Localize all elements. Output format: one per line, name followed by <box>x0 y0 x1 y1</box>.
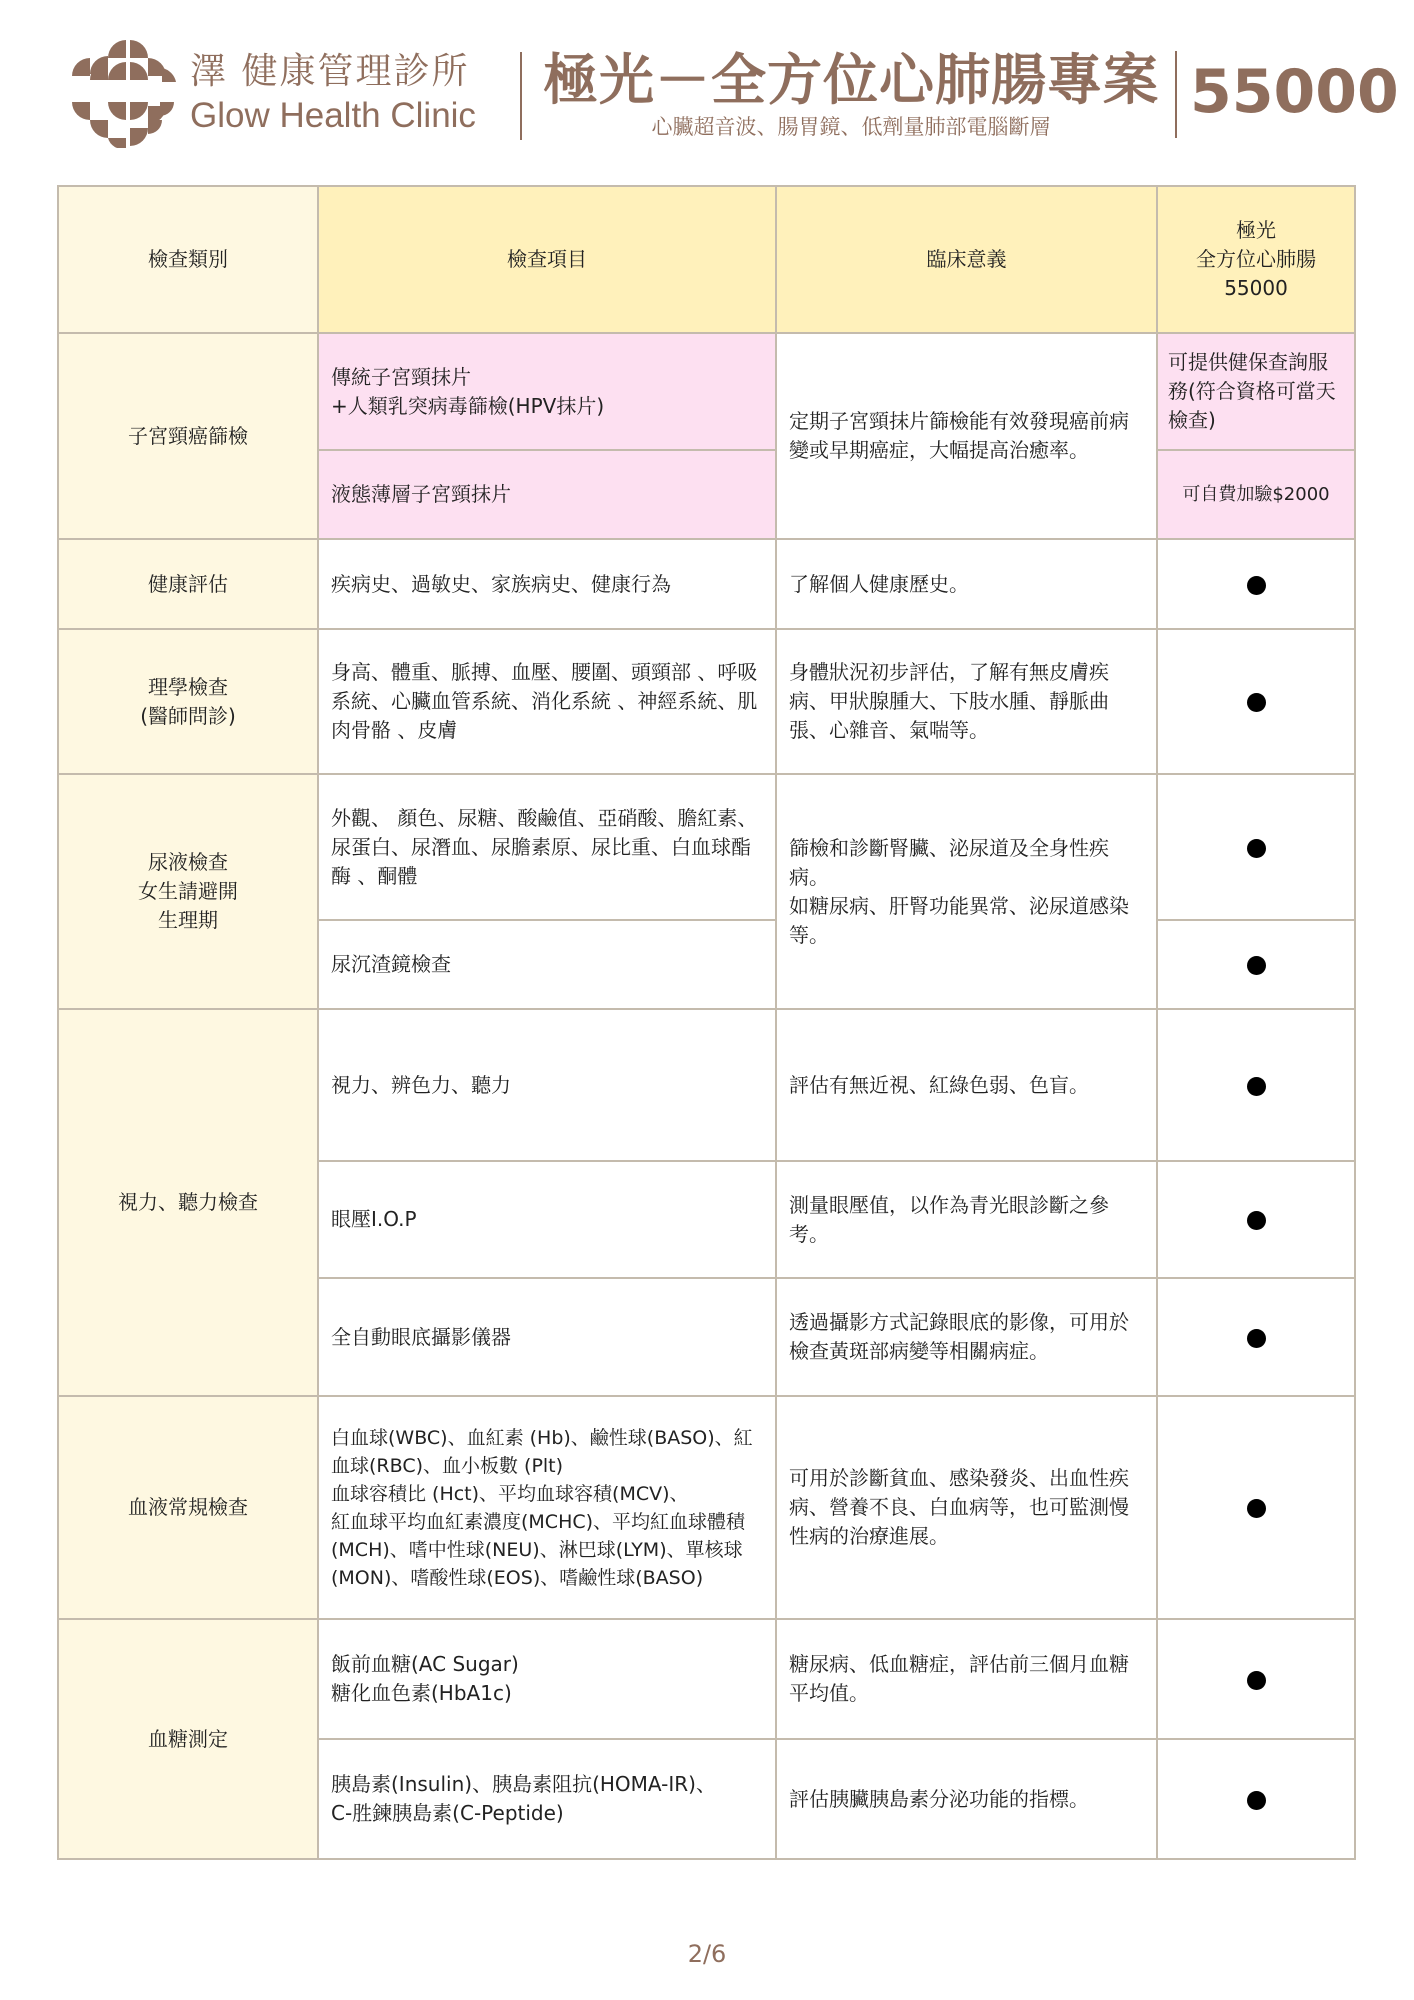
column-header-category: 檢查類別 <box>58 186 318 333</box>
item-cell: 視力、辨色力、聽力 <box>318 1009 776 1161</box>
plan-included-cell <box>1157 774 1355 920</box>
plan-included-cell <box>1157 1619 1355 1739</box>
category-cell: 血液常規檢查 <box>58 1396 318 1619</box>
category-cell: 視力、聽力檢查 <box>58 1009 318 1396</box>
exam-table: 檢查類別 檢查項目 臨床意義 極光 全方位心肺腸 55000 子宮頸癌篩檢 傳統… <box>57 185 1356 1860</box>
plan-included-cell <box>1157 539 1355 629</box>
meaning-cell: 可用於診斷貧血、感染發炎、出血性疾病、營養不良、白血病等，也可監測慢性病的治療進… <box>776 1396 1157 1619</box>
meaning-cell: 測量眼壓值，以作為青光眼診斷之參考。 <box>776 1161 1157 1278</box>
item-cell: 疾病史、過敏史、家族病史、健康行為 <box>318 539 776 629</box>
included-dot-icon <box>1247 1499 1266 1518</box>
meaning-cell: 篩檢和診斷腎臟、泌尿道及全身性疾病。 如糖尿病、肝腎功能異常、泌尿道感染等。 <box>776 774 1157 1009</box>
package-title: 極光－全方位心肺腸專案 <box>537 46 1165 114</box>
included-dot-icon <box>1247 1671 1266 1690</box>
plan-included-cell <box>1157 920 1355 1009</box>
included-dot-icon <box>1247 1077 1266 1096</box>
plan-included-cell <box>1157 1161 1355 1278</box>
meaning-cell: 定期子宮頸抹片篩檢能有效發現癌前病變或早期癌症，大幅提高治癒率。 <box>776 333 1157 539</box>
category-cell: 健康評估 <box>58 539 318 629</box>
column-header-plan: 極光 全方位心肺腸 55000 <box>1157 186 1355 333</box>
column-header-item: 檢查項目 <box>318 186 776 333</box>
table-row: 子宮頸癌篩檢 傳統子宮頸抹片 +人類乳突病毒篩檢(HPV抹片) 定期子宮頸抹片篩… <box>58 333 1355 450</box>
table-row: 尿液檢查 女生請避開 生理期 外觀、 顏色、尿糖、酸鹼值、亞硝酸、膽紅素、尿蛋白… <box>58 774 1355 920</box>
item-cell: 眼壓I.O.P <box>318 1161 776 1278</box>
item-cell: 身高、體重、脈搏、血壓、腰圍、頭頸部 、呼吸系統、心臟血管系統、消化系統 、神經… <box>318 629 776 774</box>
package-price: 55000 <box>1190 56 1399 128</box>
column-header-meaning: 臨床意義 <box>776 186 1157 333</box>
item-cell: 白血球(WBC)、血紅素 (Hb)、鹼性球(BASO)、紅血球(RBC)、血小板… <box>318 1396 776 1619</box>
table-row: 視力、聽力檢查 視力、辨色力、聽力 評估有無近視、紅綠色弱、色盲。 <box>58 1009 1355 1161</box>
package-subtitle: 心臟超音波、腸胃鏡、低劑量肺部電腦斷層 <box>537 113 1165 141</box>
plan-included-cell <box>1157 1396 1355 1619</box>
table-row: 理學檢查 (醫師問診) 身高、體重、脈搏、血壓、腰圍、頭頸部 、呼吸系統、心臟血… <box>58 629 1355 774</box>
meaning-cell: 糖尿病、低血糖症，評估前三個月血糖平均值。 <box>776 1619 1157 1739</box>
category-cell: 尿液檢查 女生請避開 生理期 <box>58 774 318 1009</box>
item-cell: 傳統子宮頸抹片 +人類乳突病毒篩檢(HPV抹片) <box>318 333 776 450</box>
plan-included-cell <box>1157 1739 1355 1859</box>
table-row: 血糖測定 飯前血糖(AC Sugar) 糖化血色素(HbA1c) 糖尿病、低血糖… <box>58 1619 1355 1739</box>
header-divider <box>520 52 522 140</box>
item-cell: 尿沉渣鏡檢查 <box>318 920 776 1009</box>
table-row: 健康評估 疾病史、過敏史、家族病史、健康行為 了解個人健康歷史。 <box>58 539 1355 629</box>
header-divider <box>1175 51 1177 138</box>
category-cell: 血糖測定 <box>58 1619 318 1859</box>
plan-included-cell <box>1157 1009 1355 1161</box>
meaning-cell: 評估胰臟胰島素分泌功能的指標。 <box>776 1739 1157 1859</box>
item-cell: 全自動眼底攝影儀器 <box>318 1278 776 1396</box>
plan-addon-cell: 可自費加驗$2000 <box>1157 450 1355 539</box>
meaning-cell: 了解個人健康歷史。 <box>776 539 1157 629</box>
clinic-logo-icon <box>72 40 180 148</box>
plan-included-cell <box>1157 1278 1355 1396</box>
meaning-cell: 身體狀況初步評估，了解有無皮膚疾病、甲狀腺腫大、下肢水腫、靜脈曲張、心雜音、氣喘… <box>776 629 1157 774</box>
included-dot-icon <box>1247 839 1266 858</box>
included-dot-icon <box>1247 1791 1266 1810</box>
included-dot-icon <box>1247 693 1266 712</box>
category-cell: 子宮頸癌篩檢 <box>58 333 318 539</box>
item-cell: 液態薄層子宮頸抹片 <box>318 450 776 539</box>
category-cell: 理學檢查 (醫師問診) <box>58 629 318 774</box>
meaning-cell: 透過攝影方式記錄眼底的影像，可用於檢查黃斑部病變等相關病症。 <box>776 1278 1157 1396</box>
item-cell: 飯前血糖(AC Sugar) 糖化血色素(HbA1c) <box>318 1619 776 1739</box>
included-dot-icon <box>1247 576 1266 595</box>
clinic-name-zh: 澤 健康管理診所 <box>190 50 469 94</box>
plan-note-cell: 可提供健保查詢服務(符合資格可當天檢查) <box>1157 333 1355 450</box>
page-number: 2/6 <box>0 1940 1414 1968</box>
plan-included-cell <box>1157 629 1355 774</box>
meaning-cell: 評估有無近視、紅綠色弱、色盲。 <box>776 1009 1157 1161</box>
item-cell: 外觀、 顏色、尿糖、酸鹼值、亞硝酸、膽紅素、尿蛋白、尿潛血、尿膽素原、尿比重、白… <box>318 774 776 920</box>
table-header-row: 檢查類別 檢查項目 臨床意義 極光 全方位心肺腸 55000 <box>58 186 1355 333</box>
included-dot-icon <box>1247 1211 1266 1230</box>
included-dot-icon <box>1247 1329 1266 1348</box>
clinic-name-en: Glow Health Clinic <box>190 96 476 136</box>
item-cell: 胰島素(Insulin)、胰島素阻抗(HOMA-IR)、 C-胜鍊胰島素(C-P… <box>318 1739 776 1859</box>
included-dot-icon <box>1247 956 1266 975</box>
table-row: 血液常規檢查 白血球(WBC)、血紅素 (Hb)、鹼性球(BASO)、紅血球(R… <box>58 1396 1355 1619</box>
